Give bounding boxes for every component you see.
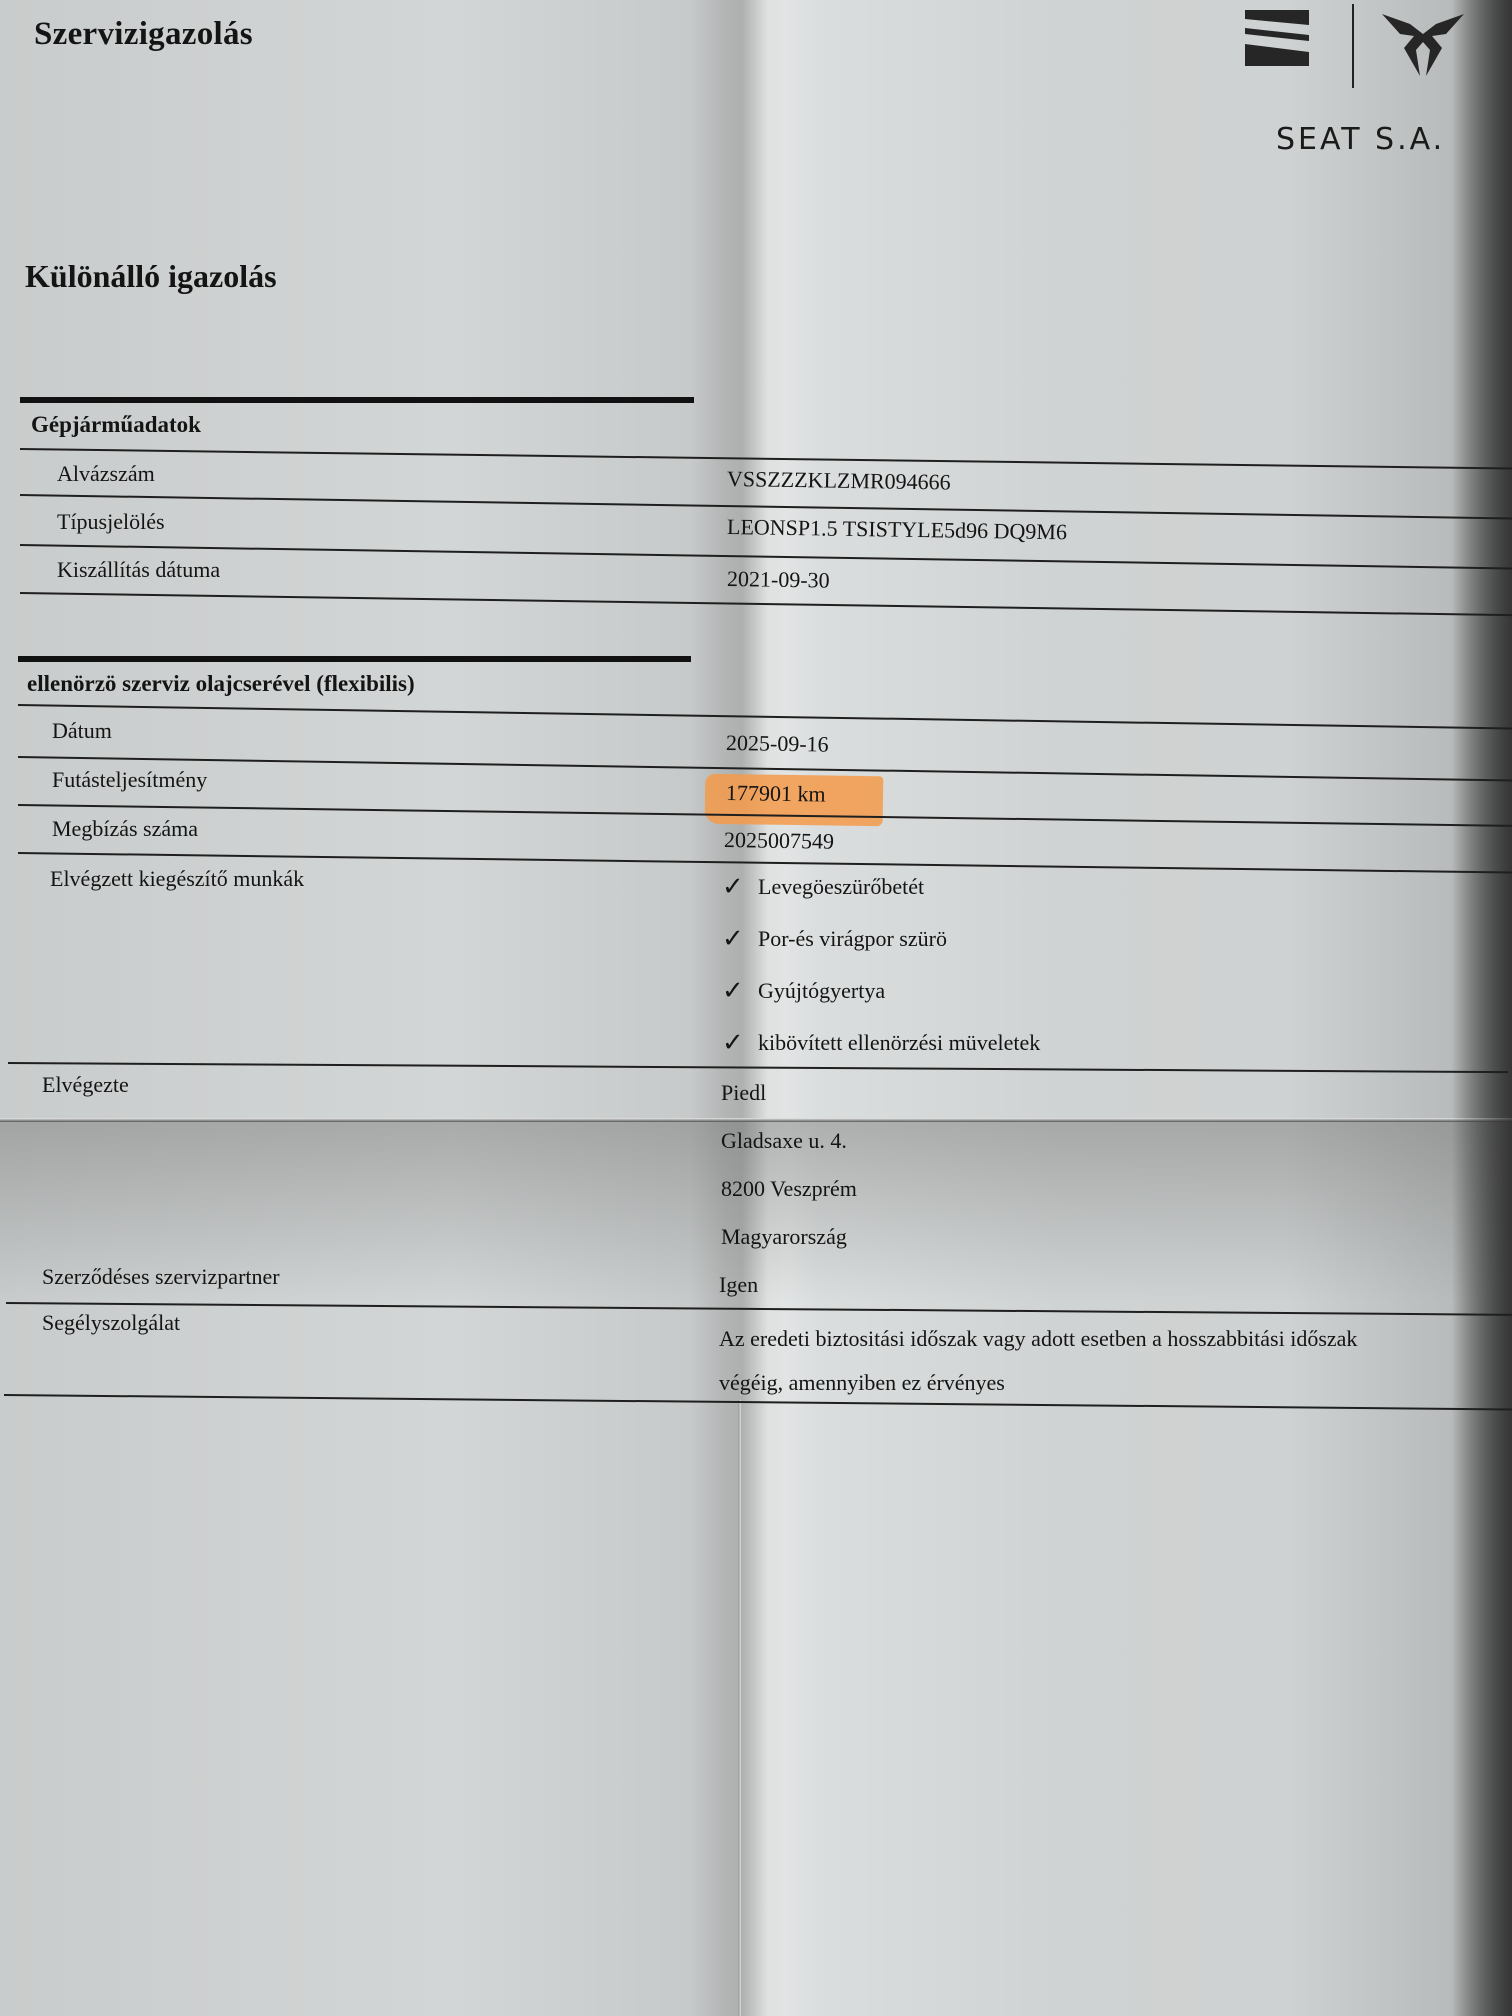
row-divider bbox=[4, 1394, 1512, 1410]
order-number-label: Megbízás száma bbox=[52, 816, 198, 842]
performed-by-city: 8200 Veszprém bbox=[721, 1176, 857, 1202]
brand-logo-block: SEAT S.A. bbox=[1236, 4, 1476, 154]
extra-work-item: ✓ Levegöeszürőbetét bbox=[722, 872, 924, 902]
performed-by-country: Magyarország bbox=[721, 1224, 847, 1250]
mileage-label: Futásteljesítmény bbox=[52, 767, 207, 793]
contract-partner-label: Szerződéses szervizpartner bbox=[42, 1264, 280, 1290]
paper-fold-horizontal bbox=[0, 1118, 1512, 1122]
delivery-date-value: 2021-09-30 bbox=[727, 566, 830, 594]
vin-label: Alvázszám bbox=[57, 461, 155, 487]
row-divider bbox=[20, 592, 1512, 616]
vin-value: VSSZZZKLZMR094666 bbox=[727, 466, 951, 496]
extra-work-item: ✓ kibövített ellenörzési müveletek bbox=[722, 1028, 1040, 1058]
order-number-value: 2025007549 bbox=[724, 827, 834, 855]
contract-partner-value: Igen bbox=[719, 1272, 758, 1298]
section-divider bbox=[18, 656, 691, 662]
section-divider bbox=[20, 397, 694, 403]
type-label: Típusjelölés bbox=[57, 509, 165, 535]
paper-shadow bbox=[690, 0, 820, 2016]
performed-by-street: Gladsaxe u. 4. bbox=[721, 1128, 847, 1154]
logo-divider bbox=[1352, 4, 1354, 88]
performed-by-label: Elvégezte bbox=[42, 1072, 129, 1098]
type-value: LEONSP1.5 TSISTYLE5d96 DQ9M6 bbox=[727, 514, 1067, 545]
check-icon: ✓ bbox=[722, 872, 748, 902]
certificate-subtitle: Különálló igazolás bbox=[25, 258, 277, 295]
extra-work-item: ✓ Gyújtógyertya bbox=[722, 976, 885, 1006]
check-icon: ✓ bbox=[722, 924, 748, 954]
row-divider bbox=[8, 1062, 1508, 1073]
assistance-label: Segélyszolgálat bbox=[42, 1310, 180, 1336]
row-divider bbox=[18, 704, 1512, 730]
seat-s-logo-icon bbox=[1242, 8, 1312, 68]
paper-fold-vertical bbox=[738, 1400, 741, 2016]
extra-work-label: Elvégzett kiegészítő munkák bbox=[50, 866, 304, 892]
row-divider bbox=[6, 1302, 1512, 1316]
cupra-logo-icon bbox=[1380, 10, 1466, 78]
extra-work-item: ✓ Por-és virágpor szürö bbox=[722, 924, 947, 954]
document-title: Szervizigazolás bbox=[34, 16, 253, 53]
service-section-title: ellenörzö szerviz olajcserével (flexibil… bbox=[27, 671, 415, 697]
delivery-date-label: Kiszállítás dátuma bbox=[57, 557, 220, 583]
mileage-value: 177901 km bbox=[726, 780, 826, 808]
assistance-line-2: végéig, amennyiben ez érvényes bbox=[719, 1370, 1005, 1396]
edge-shadow bbox=[1452, 0, 1512, 2016]
check-icon: ✓ bbox=[722, 976, 748, 1006]
assistance-line-1: Az eredeti biztositási időszak vagy adot… bbox=[719, 1326, 1357, 1352]
brand-name: SEAT S.A. bbox=[1276, 122, 1445, 157]
check-icon: ✓ bbox=[722, 1028, 748, 1058]
performed-by-name: Piedl bbox=[721, 1080, 766, 1106]
service-date-value: 2025-09-16 bbox=[726, 730, 829, 758]
vehicle-section-title: Gépjárműadatok bbox=[31, 412, 201, 438]
service-date-label: Dátum bbox=[52, 718, 112, 744]
